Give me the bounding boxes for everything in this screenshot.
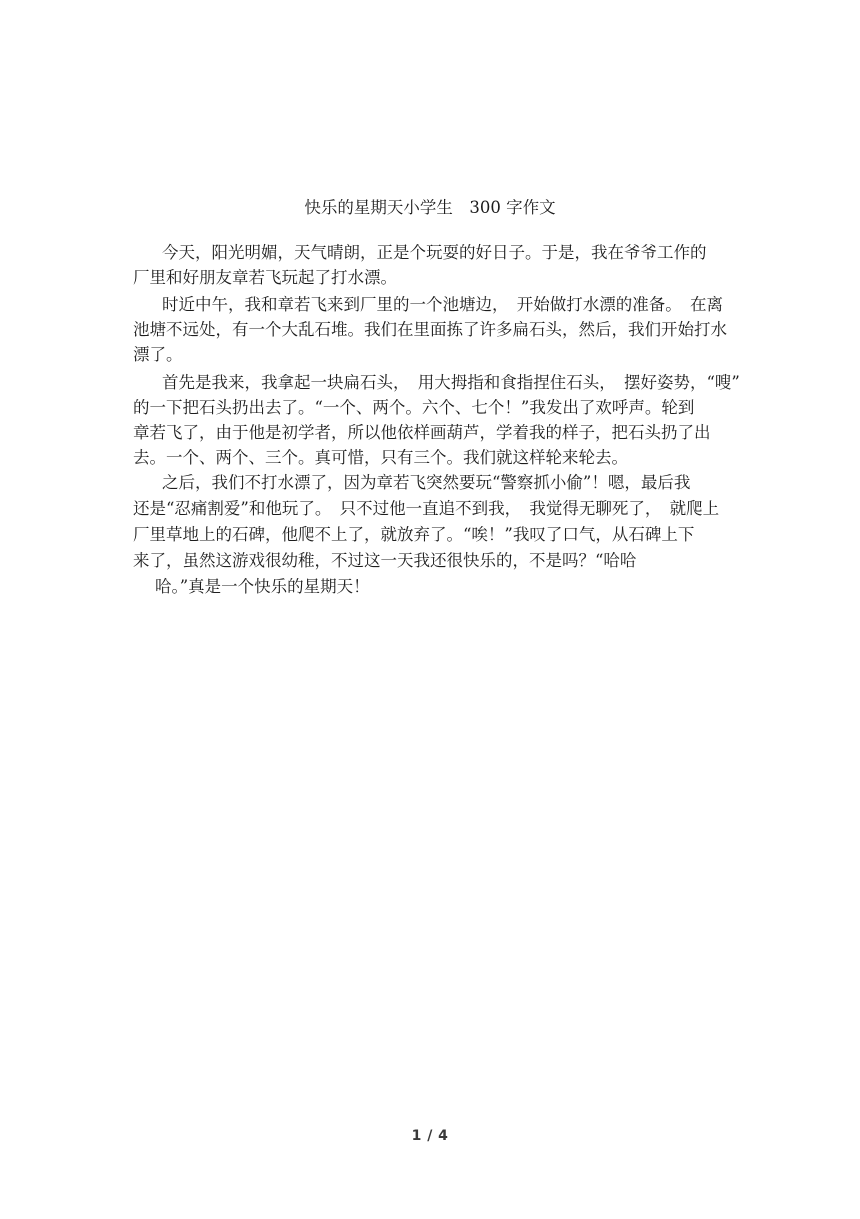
text-line: 时近中午，我和章若飞来到厂里的一个池塘边， 开始做打水漂的准备。 在离: [133, 292, 713, 317]
paragraph: 时近中午，我和章若飞来到厂里的一个池塘边， 开始做打水漂的准备。 在离池塘不远处…: [133, 292, 713, 367]
paragraph: 首先是我来，我拿起一块扁石头， 用大拇指和食指捏住石头， 摆好姿势，“嗖”的一下…: [133, 370, 713, 470]
text-line: 的一下把石头扔出去了。“一个、两个。六个、七个！”我发出了欢呼声。轮到: [133, 395, 713, 420]
text-line: 厂里和好朋友章若飞玩起了打水漂。: [133, 265, 713, 290]
text-line: 漂了。: [133, 342, 713, 367]
text-line: 池塘不远处，有一个大乱石堆。我们在里面拣了许多扁石头，然后，我们开始打水: [133, 317, 713, 342]
text-line: 章若飞了，由于他是初学者，所以他依样画葫芦，学着我的样子，把石头扔了出: [133, 420, 713, 445]
text-line: 首先是我来，我拿起一块扁石头， 用大拇指和食指捏住石头， 摆好姿势，“嗖”: [133, 370, 713, 395]
page-number: 1 / 4: [0, 1128, 860, 1144]
paragraph: 之后，我们不打水漂了，因为章若飞突然要玩“警察抓小偷”！嗯，最后我还是“忍痛割爱…: [133, 470, 713, 600]
text-line: 还是“忍痛割爱”和他玩了。 只不过他一直追不到我， 我觉得无聊死了， 就爬上: [133, 496, 713, 522]
text-line: 来了，虽然这游戏很幼稚，不过这一天我还很快乐的，不是吗？“哈哈: [133, 548, 713, 574]
paragraph: 今天，阳光明媚，天气晴朗，正是个玩耍的好日子。于是，我在爷爷工作的厂里和好朋友章…: [133, 240, 713, 290]
text-line: 哈。”真是一个快乐的星期天！: [133, 574, 713, 600]
document-page: 快乐的星期天小学生 300 字作文 今天，阳光明媚，天气晴朗，正是个玩耍的好日子…: [0, 0, 860, 1219]
text-line: 去。一个、两个、三个。真可惜，只有三个。我们就这样轮来轮去。: [133, 445, 713, 470]
text-line: 之后，我们不打水漂了，因为章若飞突然要玩“警察抓小偷”！嗯，最后我: [133, 470, 713, 496]
text-line: 今天，阳光明媚，天气晴朗，正是个玩耍的好日子。于是，我在爷爷工作的: [133, 240, 713, 265]
document-body: 今天，阳光明媚，天气晴朗，正是个玩耍的好日子。于是，我在爷爷工作的厂里和好朋友章…: [133, 0, 713, 1219]
text-line: 厂里草地上的石碑，他爬不上了，就放弃了。“唉！”我叹了口气，从石碑上下: [133, 522, 713, 548]
